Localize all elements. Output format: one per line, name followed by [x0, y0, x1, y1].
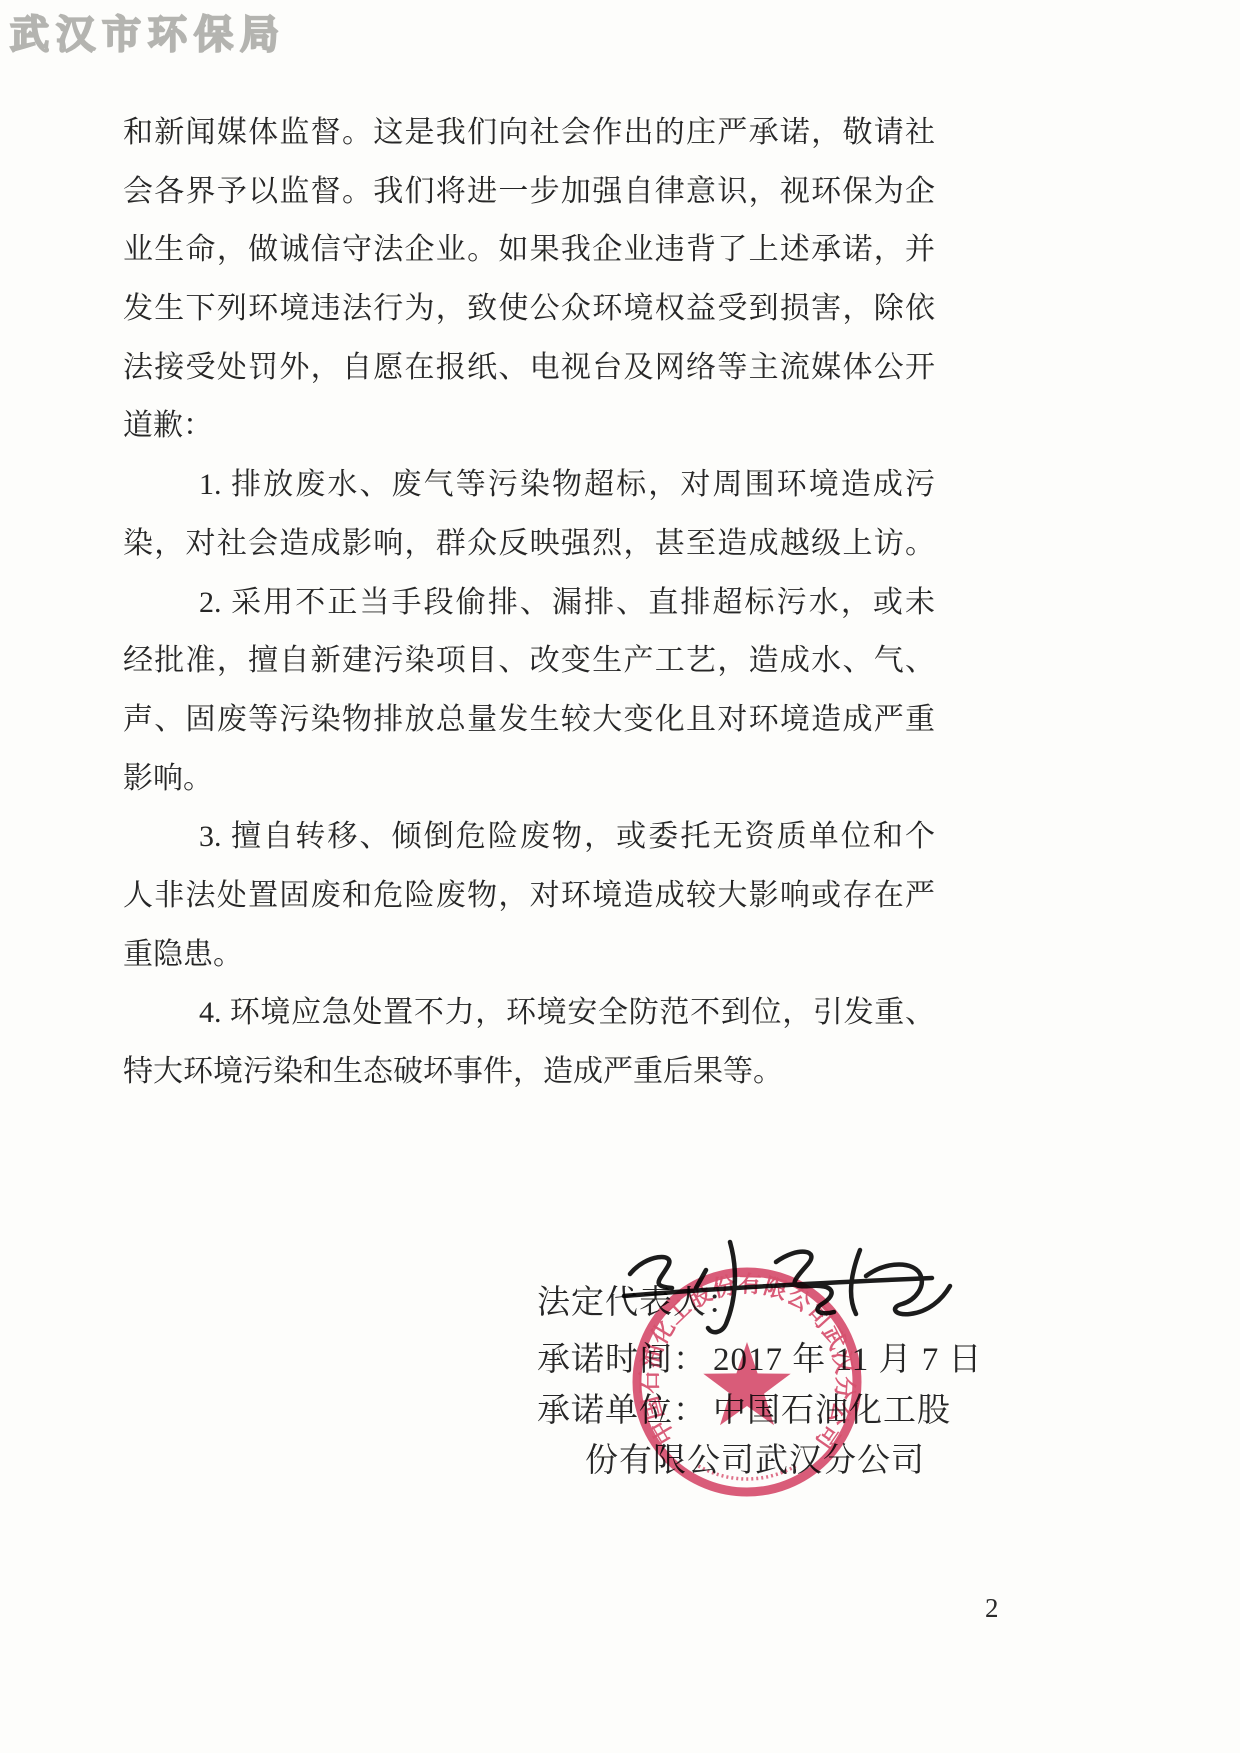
seal-microtext-arc	[699, 1466, 796, 1479]
handwritten-signature	[598, 1236, 960, 1346]
signature-stroke	[696, 1270, 706, 1288]
body-line: 影响。	[123, 750, 935, 809]
body-line: 经批准，擅自新建污染项目、改变生产工艺，造成水、气、	[123, 632, 935, 691]
body-line: 声、固废等污染物排放总量发生较大变化且对环境造成严重	[123, 691, 935, 750]
body-line: 重隐患。	[123, 926, 935, 985]
body-line-item-3: 3. 擅自转移、倾倒危险废物，或委托无资质单位和个	[123, 808, 935, 867]
signature-stroke	[866, 1265, 950, 1315]
body-line: 法接受处罚外，自愿在报纸、电视台及网络等主流媒体公开	[123, 339, 935, 398]
watermark-text: 武汉市环保局	[10, 4, 286, 60]
signature-stroke	[630, 1257, 672, 1288]
body-line-item-2: 2. 采用不正当手段偷排、漏排、直排超标污水，或未	[123, 574, 935, 633]
scanned-document-page: 武汉市环保局 和新闻媒体监督。这是我们向社会作出的庄严承诺，敬请社 会各界予以监…	[0, 0, 1240, 1753]
body-text-block: 和新闻媒体监督。这是我们向社会作出的庄严承诺，敬请社 会各界予以监督。我们将进一…	[123, 104, 935, 1102]
body-line: 会各界予以监督。我们将进一步加强自律意识，视环保为企	[123, 163, 935, 222]
body-line: 业生命，做诚信守法企业。如果我企业违背了上述承诺，并	[123, 221, 935, 280]
body-line-item-1: 1. 排放废水、废气等污染物超标，对周围环境造成污	[123, 456, 935, 515]
body-line: 发生下列环境违法行为，致使公众环境权益受到损害，除依	[123, 280, 935, 339]
body-line: 特大环境污染和生态破坏事件，造成严重后果等。	[123, 1043, 935, 1102]
body-line: 染，对社会造成影响，群众反映强烈，甚至造成越级上访。	[123, 515, 935, 574]
body-line-item-4: 4. 环境应急处置不力，环境安全防范不到位，引发重、	[123, 984, 935, 1043]
body-line: 道歉：	[123, 397, 935, 456]
page-number: 2	[985, 1593, 999, 1624]
body-line: 和新闻媒体监督。这是我们向社会作出的庄严承诺，敬请社	[123, 104, 935, 163]
body-line: 人非法处置固废和危险废物，对环境造成较大影响或存在严	[123, 867, 935, 926]
seal-star-icon	[703, 1342, 790, 1425]
